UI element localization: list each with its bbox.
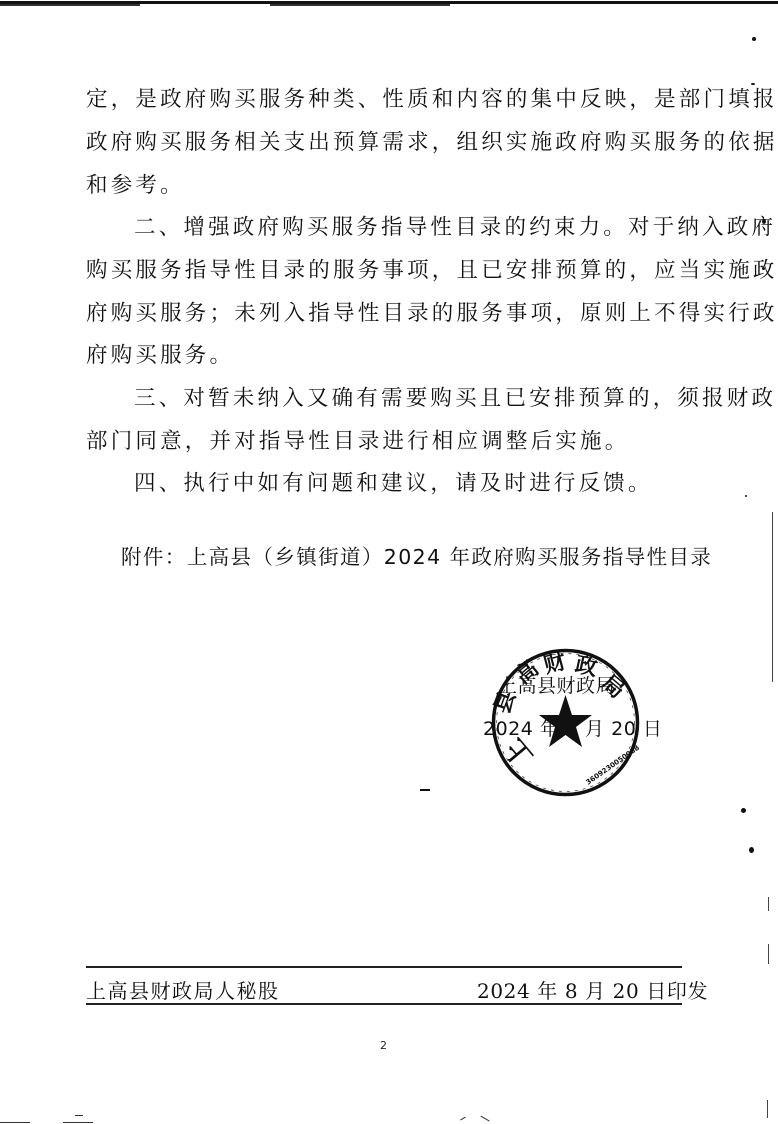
body-line-2: 政府购买服务相关支出预算需求，组织实施政府购买服务的依据 [86,129,686,157]
scan-speck [749,847,754,853]
stamp-code: 3609230050088 [585,744,642,787]
body-line-9: 部门同意，并对指导性目录进行相应调整后实施。 [86,428,686,456]
footer-divider-bottom [86,1003,682,1005]
footer-issuer: 上高县财政局人秘股 [86,978,280,1004]
footer-issue-date: 2024 年 8 月 20 日印发 [477,978,708,1004]
scan-speck [420,789,430,791]
section-four-heading: 四、执行中如有问题和建议，请及时进行反馈。 [134,470,694,498]
footer-divider-top [86,966,682,968]
attachment-note: 附件：上高县（乡镇街道）2024 年政府购买服务指导性目录 [121,543,712,571]
page-number: 2 [380,1039,387,1052]
body-line-1: 定，是政府购买服务种类、性质和内容的集中反映，是部门填报 [86,86,686,114]
section-two-heading: 二、增强政府购买服务指导性目录的约束力。对于纳入政府 [134,214,694,242]
signature-date: 2024 年 8 月 20 日 [483,714,662,741]
scan-edge-bottom [75,1115,83,1116]
body-line-3: 和参考。 [86,172,686,200]
scan-edge-bottom [0,1122,30,1123]
scan-edge-right [768,944,769,964]
scan-edge-right [772,512,773,682]
section-three-heading: 三、对暂未纳入又确有需要购买且已安排预算的，须报财政 [134,385,694,413]
signature-organization: 上高县财政局 [498,671,615,698]
scan-speck [741,808,746,813]
scan-edge-bottom [63,1122,93,1123]
scan-speck [762,219,766,224]
scan-speck [751,83,755,85]
scan-edge-top [0,0,778,5]
scan-speck [752,37,756,41]
scan-edge-bottom [460,1117,466,1121]
body-line-5: 购买服务指导性目录的服务事项，且已安排预算的，应当实施政 [86,257,686,285]
scan-edge-right [768,897,769,911]
scan-edge-bottom [480,1116,489,1122]
body-line-6: 府购买服务；未列入指导性目录的服务事项，原则上不得实行政 [86,300,686,328]
scan-edge-right [767,1100,768,1118]
scan-speck [745,495,747,497]
scan-speck [762,267,765,270]
body-line-7: 府购买服务。 [86,342,686,370]
